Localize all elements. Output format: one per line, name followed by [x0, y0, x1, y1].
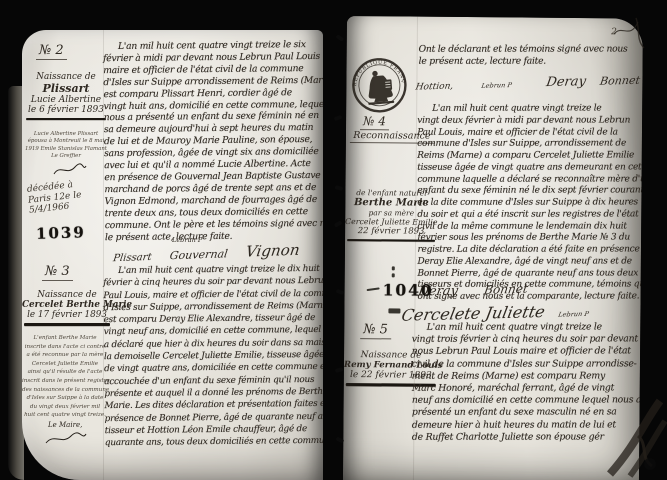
- signature-lebrun-small: Lebrun P: [558, 310, 590, 319]
- act3-recognition-note: L'enfant Berthe Marieinscrite dans l'act…: [22, 334, 108, 420]
- act2-margin-firstnames: Lucie Albertine: [22, 95, 110, 105]
- act2-margin-line: Naissance de: [22, 72, 110, 82]
- act2-mayor-signature: Lebrun P: [172, 236, 202, 244]
- republique-francaise-seal: RÉPUBLIQUE FRANÇAISE: [348, 54, 410, 116]
- binding-stitch: [335, 367, 344, 372]
- act2-death-note: décédée à Paris 12e le 5/4/1966: [27, 179, 84, 216]
- signature-vignon: Vignon: [245, 241, 301, 261]
- act2-margin-name: Plissart: [22, 82, 110, 95]
- act3-note-mayor-signature-squiggle: [44, 430, 88, 448]
- ink-smudge: [388, 308, 400, 313]
- act2-signatures: Plissart Gouvernal Vignon: [112, 241, 301, 265]
- corner-pen-flourish: [606, 14, 656, 56]
- ink-tick: [392, 273, 395, 277]
- register-scan: № 2 Naissance de Plissart Lucie Albertin…: [0, 0, 667, 480]
- act3-margin-rule: [24, 323, 110, 326]
- act3-number: № 3: [42, 264, 73, 279]
- act5-number-text: № 5: [360, 322, 391, 339]
- act3-margin-date: le 17 février 1893: [22, 310, 112, 320]
- binding-stitch: [334, 115, 343, 121]
- act3-continuation-signatures: Hottion, Lebrun P Deray Bonnet: [415, 73, 643, 94]
- act4-signatures: Deray Bonnet: [417, 282, 529, 300]
- act2-body-text: L'an mil huit cent quatre vingt treize l…: [103, 39, 323, 244]
- signature-lebrun: Lebrun P: [481, 81, 513, 90]
- act2-margin-rule: [26, 118, 106, 120]
- signature-bonnet: Bonnet: [483, 282, 529, 297]
- act5-number: № 5: [360, 322, 391, 337]
- act3-body-text: L'an mil huit cent quatre vingt treize l…: [103, 263, 323, 450]
- binding-stitch: [336, 289, 345, 295]
- signature-hottion: Hottion,: [415, 82, 454, 93]
- act4-number-text: № 4: [360, 114, 389, 130]
- signature-plissart: Plissart: [112, 252, 152, 264]
- act2-margin-title: Naissance de Plissart Lucie Albertine le…: [22, 72, 110, 120]
- act3-margin-name: Cercelet Berthe Marie: [22, 300, 112, 310]
- act3-note-le-maire: Le Maire,: [48, 421, 82, 429]
- act3-margin-line: Naissance de: [22, 290, 112, 300]
- left-page: № 2 Naissance de Plissart Lucie Albertin…: [22, 30, 323, 480]
- ink-tick: [392, 266, 395, 270]
- act3-number-text: № 3: [42, 264, 73, 281]
- act2-margin-date: le 6 février 1893: [22, 105, 110, 115]
- binding-stitch: [335, 185, 344, 190]
- act2-marriage-note: Lucie Albertine Plissartépousa à Montreu…: [24, 131, 108, 161]
- seal-seated-figure: [366, 70, 395, 105]
- registry-stamp-1039: 1039: [36, 223, 86, 243]
- act2-number: № 2: [36, 43, 67, 58]
- binding-stitch: [336, 34, 345, 41]
- stamp-dash-mark: [367, 287, 380, 291]
- binding-stitch: [334, 220, 343, 227]
- act3-margin-title: Naissance de Cercelet Berthe Marie le 17…: [22, 290, 112, 326]
- registry-stamp-1040: 1040: [383, 280, 434, 299]
- signature-gouvernal: Gouvernal: [169, 247, 229, 262]
- act2-note-signature-squiggle: [52, 162, 88, 178]
- act2-number-text: № 2: [36, 43, 67, 60]
- signature-bonnet: Bonnet: [599, 74, 641, 88]
- corner-damage-scribble: [590, 396, 667, 480]
- act4-body-text: L'an mil huit cent quatre vingt treize l…: [417, 103, 643, 303]
- signature-deray: Deray: [545, 74, 587, 90]
- act4-number: № 4: [360, 114, 389, 128]
